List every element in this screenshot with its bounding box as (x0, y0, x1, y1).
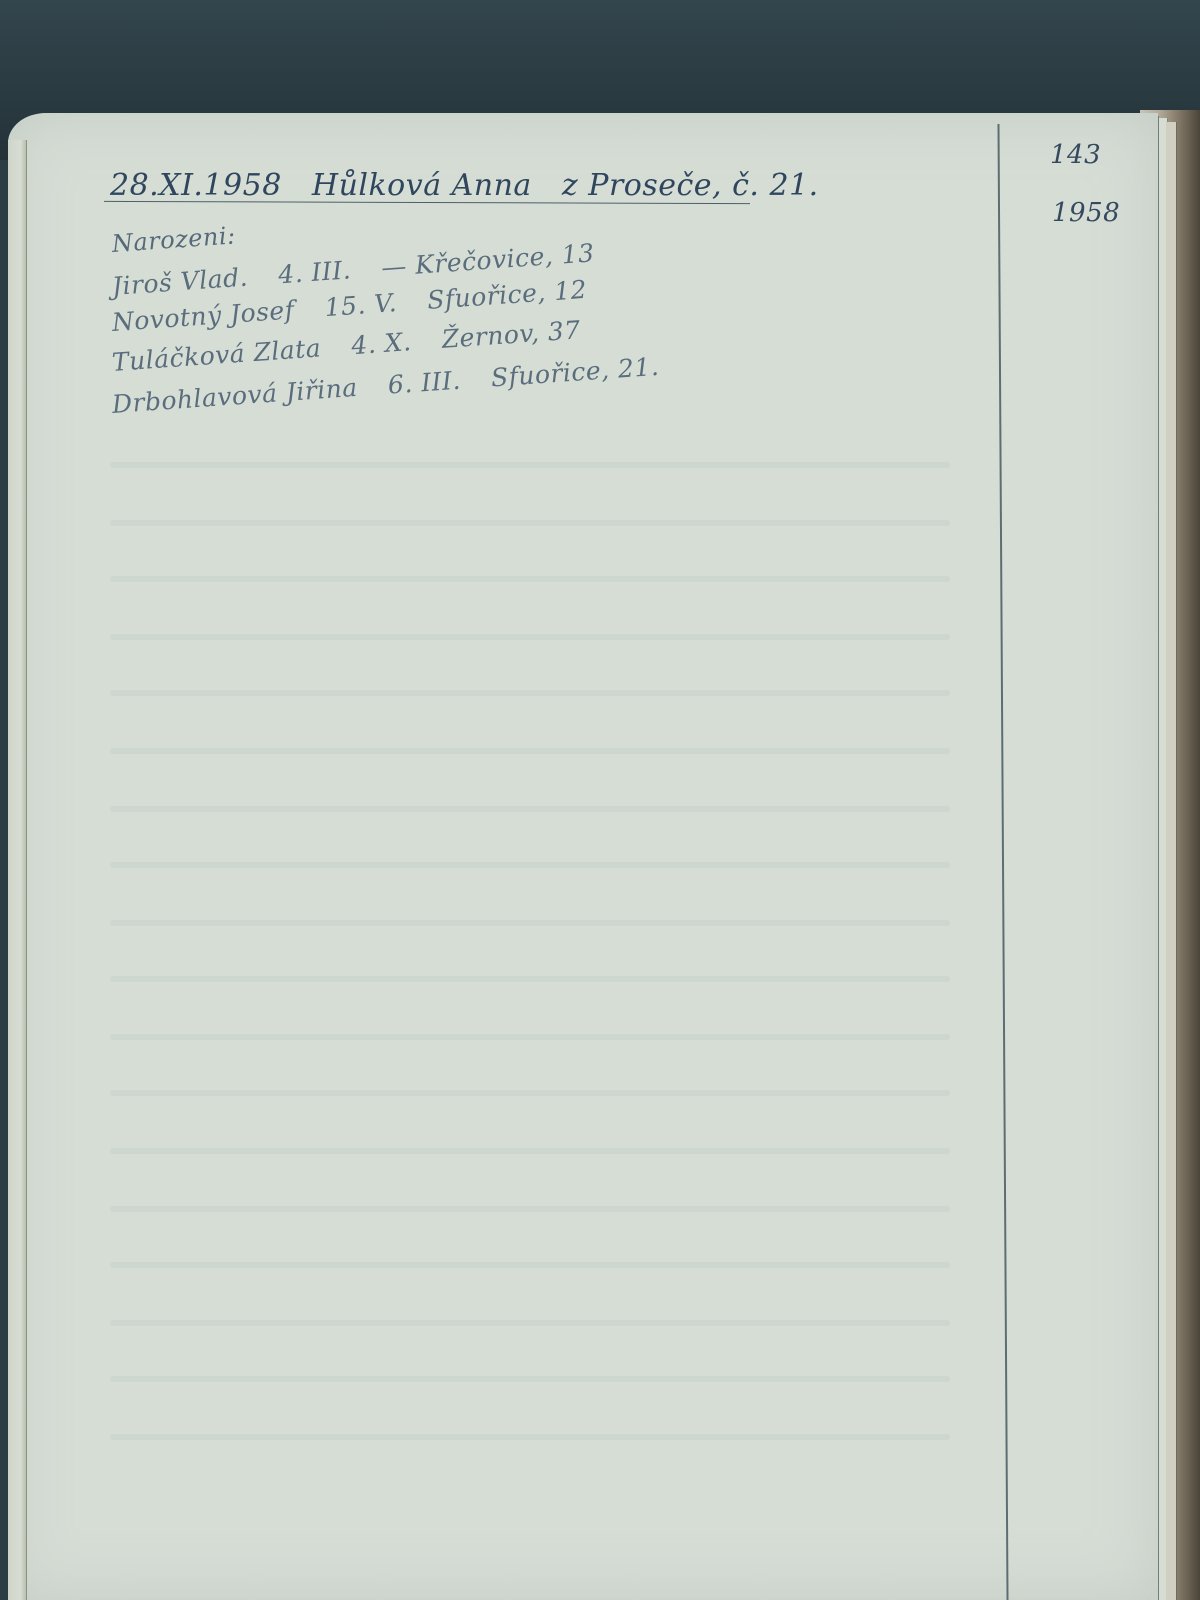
bleed-through (110, 462, 950, 468)
entry-date: 4. X. (350, 327, 412, 360)
header-origin: z Proseče, č. 21. (562, 168, 819, 203)
page-stack-edge-outer (1166, 122, 1177, 1600)
bleed-through (110, 1206, 950, 1212)
bleed-through (110, 1148, 950, 1154)
header-name: Hůlková Anna (312, 168, 532, 203)
entry-header: 28.XI.1958 Hůlková Anna z Proseče, č. 21… (110, 168, 819, 203)
bleed-through (110, 806, 950, 812)
bleed-through (110, 1034, 950, 1040)
bleed-through (110, 1376, 950, 1382)
bleed-through (110, 634, 950, 640)
bleed-through (110, 576, 950, 582)
entry-date: 6. III. (387, 366, 462, 400)
bleed-through (110, 920, 950, 926)
bleed-through (110, 1262, 950, 1268)
entry-date: 15. V. (324, 288, 398, 322)
bleed-through (110, 1434, 950, 1440)
bleed-through (110, 976, 950, 982)
bleed-through (110, 1090, 950, 1096)
margin-year: 1958 (1052, 198, 1120, 228)
bleed-through (110, 1320, 950, 1326)
bleed-through (110, 862, 950, 868)
header-date: 28.XI.1958 (110, 168, 282, 203)
bleed-through (110, 520, 950, 526)
page-right-rule (1158, 116, 1159, 1600)
entry-date: 4. III. (277, 255, 352, 289)
binding-gutter (8, 140, 27, 1600)
bleed-through (110, 748, 950, 754)
bleed-through (110, 690, 950, 696)
page-number: 143 (1050, 140, 1101, 170)
